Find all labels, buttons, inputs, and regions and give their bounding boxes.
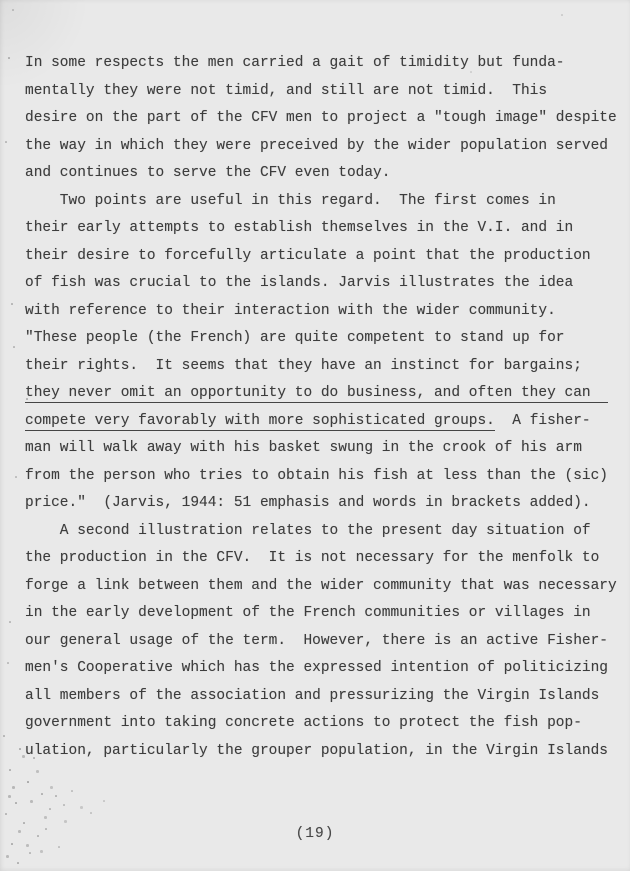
text-segment: our general usage of the term. However, … (25, 633, 608, 649)
scanned-page: In some respects the men carried a gait … (0, 0, 630, 871)
text-line: and continues to serve the CFV even toda… (25, 160, 625, 188)
scan-speckles (0, 0, 3, 3)
text-segment: price." (Jarvis, 1944: 51 emphasis and w… (25, 495, 591, 511)
text-line: their desire to forcefully articulate a … (25, 243, 625, 271)
text-segment: A second illustration relates to the pre… (25, 523, 591, 539)
text-line: desire on the part of the CFV men to pro… (25, 105, 625, 133)
text-segment: ulation, particularly the grouper popula… (25, 743, 608, 759)
text-segment: their early attempts to establish themse… (25, 220, 573, 236)
text-line: "These people (the French) are quite com… (25, 325, 625, 353)
text-segment: In some respects the men carried a gait … (25, 55, 565, 71)
text-line: from the person who tries to obtain his … (25, 463, 625, 491)
text-segment: man will walk away with his basket swung… (25, 440, 582, 456)
text-line: all members of the association and press… (25, 683, 625, 711)
text-line: price." (Jarvis, 1944: 51 emphasis and w… (25, 490, 625, 518)
text-line: In some respects the men carried a gait … (25, 50, 625, 78)
text-line: the way in which they were preceived by … (25, 133, 625, 161)
text-segment: men's Cooperative which has the expresse… (25, 660, 608, 676)
text-segment: A fisher- (495, 413, 591, 429)
text-segment: "These people (the French) are quite com… (25, 330, 565, 346)
text-segment: of fish was crucial to the islands. Jarv… (25, 275, 573, 291)
text-line: the production in the CFV. It is not nec… (25, 545, 625, 573)
text-segment: in the early development of the French c… (25, 605, 591, 621)
text-line: our general usage of the term. However, … (25, 628, 625, 656)
page-number: (19) (0, 826, 630, 842)
text-segment: forge a link between them and the wider … (25, 578, 617, 594)
text-segment: all members of the association and press… (25, 688, 599, 704)
text-segment: with reference to their interaction with… (25, 303, 556, 319)
text-line: men's Cooperative which has the expresse… (25, 655, 625, 683)
text-line: their rights. It seems that they have an… (25, 353, 625, 381)
text-line: compete very favorably with more sophist… (25, 408, 625, 436)
text-segment: Two points are useful in this regard. Th… (25, 193, 556, 209)
text-line: Two points are useful in this regard. Th… (25, 188, 625, 216)
text-line: government into taking concrete actions … (25, 710, 625, 738)
text-line: they never omit an opportunity to do bus… (25, 380, 625, 408)
text-line: of fish was crucial to the islands. Jarv… (25, 270, 625, 298)
text-line: ulation, particularly the grouper popula… (25, 738, 625, 766)
underlined-text-segment: compete very favorably with more sophist… (25, 413, 495, 431)
text-line: forge a link between them and the wider … (25, 573, 625, 601)
text-line: man will walk away with his basket swung… (25, 435, 625, 463)
text-segment: their rights. It seems that they have an… (25, 358, 582, 374)
text-segment: government into taking concrete actions … (25, 715, 582, 731)
text-segment: their desire to forcefully articulate a … (25, 248, 591, 264)
text-line: their early attempts to establish themse… (25, 215, 625, 243)
text-line: in the early development of the French c… (25, 600, 625, 628)
scan-speckles (0, 0, 2, 2)
text-line: A second illustration relates to the pre… (25, 518, 625, 546)
page-body-text: In some respects the men carried a gait … (25, 50, 625, 765)
text-segment: from the person who tries to obtain his … (25, 468, 608, 484)
text-segment: desire on the part of the CFV men to pro… (25, 110, 617, 126)
text-line: with reference to their interaction with… (25, 298, 625, 326)
underlined-text-segment: they never omit an opportunity to do bus… (25, 385, 608, 403)
text-line: mentally they were not timid, and still … (25, 78, 625, 106)
text-segment: and continues to serve the CFV even toda… (25, 165, 390, 181)
text-segment: mentally they were not timid, and still … (25, 83, 547, 99)
text-segment: the way in which they were preceived by … (25, 138, 608, 154)
text-segment: the production in the CFV. It is not nec… (25, 550, 599, 566)
